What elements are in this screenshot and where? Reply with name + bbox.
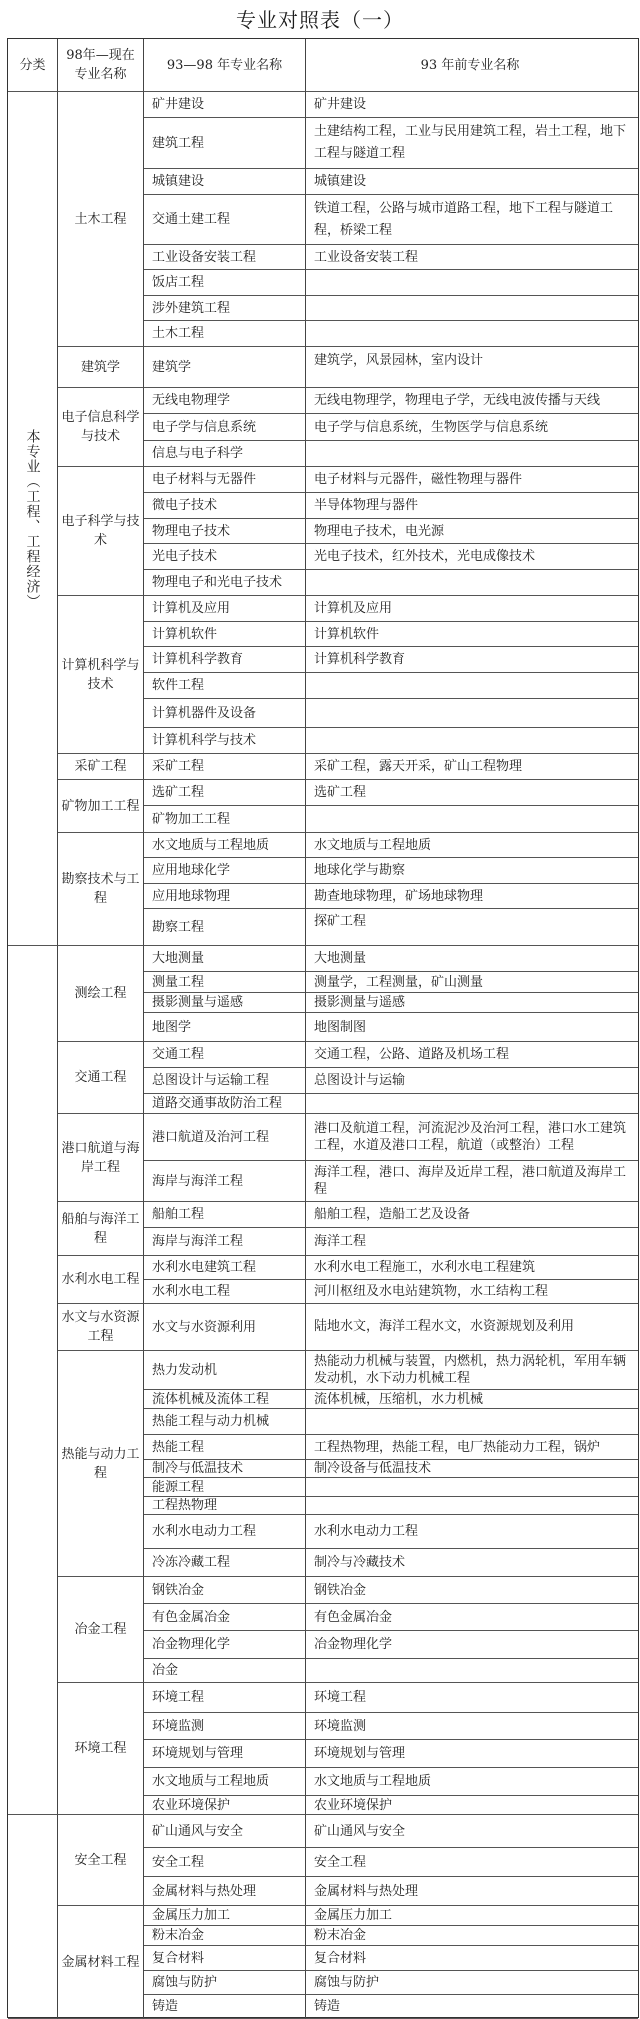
mid-major-cell: 信息与电子科学 xyxy=(144,441,306,467)
mid-major-cell: 摄影测量与遥感 xyxy=(144,993,306,1013)
mid-major-cell: 饭店工程 xyxy=(144,270,306,296)
old-major-cell: 交通工程，公路、道路及机场工程 xyxy=(306,1042,638,1068)
mid-major-cell: 电子材料与无器件 xyxy=(144,467,306,493)
category-cell xyxy=(8,946,58,1815)
mid-major-cell: 海岸与海洋工程 xyxy=(144,1161,306,1202)
old-major-cell: 船舶工程，造船工艺及设备 xyxy=(306,1202,638,1228)
old-major-cell: 腐蚀与防护 xyxy=(306,1971,638,1995)
old-major-cell: 粉末冶金 xyxy=(306,1926,638,1946)
mid-major-cell: 土木工程 xyxy=(144,321,306,347)
mid-major-cell: 船舶工程 xyxy=(144,1202,306,1228)
mid-major-cell: 建筑工程 xyxy=(144,118,306,169)
old-major-cell: 环境监测 xyxy=(306,1713,638,1740)
mid-major-cell: 总图设计与运输工程 xyxy=(144,1068,306,1094)
old-major-cell: 金属材料与热处理 xyxy=(306,1877,638,1906)
mid-major-cell: 涉外建筑工程 xyxy=(144,296,306,321)
mid-major-cell: 环境监测 xyxy=(144,1713,306,1740)
old-major-cell: 农业环境保护 xyxy=(306,1796,638,1815)
mid-major-cell: 大地测量 xyxy=(144,946,306,972)
old-major-cell: 矿井建设 xyxy=(306,92,638,118)
mid-major-cell: 计算机科学与技术 xyxy=(144,728,306,754)
mid-major-cell: 水文与水资源利用 xyxy=(144,1304,306,1351)
old-major-cell: 钢铁冶金 xyxy=(306,1577,638,1604)
current-major-cell: 建筑学 xyxy=(58,347,144,388)
current-major-cell: 电子信息科学与技术 xyxy=(58,388,144,467)
old-major-cell xyxy=(306,1478,638,1497)
old-major-cell: 土建结构工程，工业与民用建筑工程，岩土工程，地下工程与隧道工程 xyxy=(306,118,638,169)
current-major-cell: 电子科学与技术 xyxy=(58,467,144,596)
mid-major-cell: 铸造 xyxy=(144,1995,306,2019)
old-major-cell: 制冷设备与低温技术 xyxy=(306,1460,638,1478)
old-major-cell: 电子学与信息系统，生物医学与信息系统 xyxy=(306,414,638,441)
current-major-cell: 计算机科学与技术 xyxy=(58,596,144,754)
category-cell: 本专业（工程、工程经济） xyxy=(8,92,58,946)
mid-major-cell: 矿井建设 xyxy=(144,92,306,118)
mid-major-cell: 热力发动机 xyxy=(144,1351,306,1390)
mid-major-cell: 制冷与低温技术 xyxy=(144,1460,306,1478)
mid-major-cell: 物理电子和光电子技术 xyxy=(144,570,306,596)
current-major-cell: 环境工程 xyxy=(58,1683,144,1815)
mid-major-cell: 采矿工程 xyxy=(144,754,306,780)
mid-major-cell: 计算机及应用 xyxy=(144,596,306,622)
old-major-cell: 冶金物理化学 xyxy=(306,1631,638,1659)
mid-major-cell: 钢铁冶金 xyxy=(144,1577,306,1604)
old-major-cell: 总图设计与运输 xyxy=(306,1068,638,1094)
mid-major-cell: 工业设备安装工程 xyxy=(144,245,306,270)
old-major-cell: 测量学，工程测量，矿山测量 xyxy=(306,972,638,993)
mid-major-cell: 交通土建工程 xyxy=(144,195,306,245)
old-major-cell xyxy=(306,1497,638,1515)
mid-major-cell: 粉末冶金 xyxy=(144,1926,306,1946)
mid-major-cell: 应用地球化学 xyxy=(144,858,306,884)
current-major-cell: 交通工程 xyxy=(58,1042,144,1114)
mid-major-cell: 电子学与信息系统 xyxy=(144,414,306,441)
mid-major-cell: 港口航道及治河工程 xyxy=(144,1114,306,1161)
mid-major-cell: 流体机械及流体工程 xyxy=(144,1390,306,1409)
mid-major-cell: 水利水电工程 xyxy=(144,1280,306,1304)
mid-major-cell: 光电子技术 xyxy=(144,544,306,570)
mid-major-cell: 复合材料 xyxy=(144,1946,306,1971)
current-major-cell: 矿物加工工程 xyxy=(58,780,144,833)
old-major-cell xyxy=(306,1659,638,1683)
header-93-98-major: 93—98 年专业名称 xyxy=(144,39,306,92)
current-major-cell: 采矿工程 xyxy=(58,754,144,780)
mid-major-cell: 交通工程 xyxy=(144,1042,306,1068)
old-major-cell: 计算机及应用 xyxy=(306,596,638,622)
mid-major-cell: 水利水电建筑工程 xyxy=(144,1256,306,1280)
mid-major-cell: 道路交通事故防治工程 xyxy=(144,1094,306,1114)
old-major-cell xyxy=(306,699,638,728)
old-major-cell: 计算机软件 xyxy=(306,622,638,647)
old-major-cell: 热能动力机械与装置，内燃机，热力涡轮机，军用车辆发动机，水下动力机械工程 xyxy=(306,1351,638,1390)
mid-major-cell: 腐蚀与防护 xyxy=(144,1971,306,1995)
old-major-cell: 电子材料与元器件，磁性物理与器件 xyxy=(306,467,638,493)
old-major-cell: 地图制图 xyxy=(306,1013,638,1042)
mid-major-cell: 微电子技术 xyxy=(144,493,306,519)
old-major-cell: 环境工程 xyxy=(306,1683,638,1713)
mid-major-cell: 城镇建设 xyxy=(144,169,306,195)
old-major-cell xyxy=(306,806,638,833)
old-major-cell: 光电子技术，红外技术，光电成像技术 xyxy=(306,544,638,570)
mid-major-cell: 热能工程 xyxy=(144,1435,306,1460)
mid-major-cell: 安全工程 xyxy=(144,1848,306,1877)
mid-major-cell: 矿山通风与安全 xyxy=(144,1815,306,1848)
header-category: 分类 xyxy=(8,39,58,92)
old-major-cell: 无线电物理学，物理电子学，无线电波传播与天线 xyxy=(306,388,638,414)
old-major-cell: 复合材料 xyxy=(306,1946,638,1971)
mid-major-cell: 选矿工程 xyxy=(144,780,306,806)
mid-major-cell: 水文地质与工程地质 xyxy=(144,833,306,858)
mid-major-cell: 地图学 xyxy=(144,1013,306,1042)
mid-major-cell: 计算机软件 xyxy=(144,622,306,647)
old-major-cell: 水文地质与工程地质 xyxy=(306,833,638,858)
current-major-cell: 安全工程 xyxy=(58,1815,144,1906)
current-major-cell: 热能与动力工程 xyxy=(58,1351,144,1577)
mid-major-cell: 金属压力加工 xyxy=(144,1906,306,1926)
major-comparison-table: 分类 98年—现在专业名称 93—98 年专业名称 93 年前专业名称 本专业（… xyxy=(7,38,639,2018)
current-major-cell: 港口航道与海岸工程 xyxy=(58,1114,144,1202)
old-major-cell: 地球化学与勘察 xyxy=(306,858,638,884)
old-major-cell: 大地测量 xyxy=(306,946,638,972)
header-pre-93-major: 93 年前专业名称 xyxy=(306,39,638,92)
old-major-cell: 采矿工程，露天开采，矿山工程物理 xyxy=(306,754,638,780)
old-major-cell: 探矿工程 xyxy=(306,909,638,946)
old-major-cell: 建筑学，风景园林，室内设计 xyxy=(306,347,638,388)
old-major-cell xyxy=(306,296,638,321)
current-major-cell: 土木工程 xyxy=(58,92,144,347)
mid-major-cell: 计算机科学教育 xyxy=(144,647,306,673)
old-major-cell: 物理电子技术，电光源 xyxy=(306,519,638,544)
current-major-cell: 勘察技术与工程 xyxy=(58,833,144,946)
old-major-cell: 摄影测量与遥感 xyxy=(306,993,638,1013)
old-major-cell: 铁道工程，公路与城市道路工程，地下工程与隧道工程，桥梁工程 xyxy=(306,195,638,245)
old-major-cell xyxy=(306,673,638,699)
old-major-cell xyxy=(306,570,638,596)
category-label: 本专业（工程、工程经济） xyxy=(25,429,41,609)
mid-major-cell: 海岸与海洋工程 xyxy=(144,1228,306,1256)
old-major-cell xyxy=(306,321,638,347)
mid-major-cell: 农业环境保护 xyxy=(144,1796,306,1815)
mid-major-cell: 冷冻冷藏工程 xyxy=(144,1549,306,1577)
old-major-cell: 金属压力加工 xyxy=(306,1906,638,1926)
mid-major-cell: 环境工程 xyxy=(144,1683,306,1713)
old-major-cell xyxy=(306,441,638,467)
current-major-cell: 冶金工程 xyxy=(58,1577,144,1683)
old-major-cell xyxy=(306,728,638,754)
mid-major-cell: 应用地球物理 xyxy=(144,884,306,909)
old-major-cell: 铸造 xyxy=(306,1995,638,2019)
header-current-major: 98年—现在专业名称 xyxy=(58,39,144,92)
old-major-cell: 海洋工程，港口、海岸及近岸工程，港口航道及海岸工程 xyxy=(306,1161,638,1202)
old-major-cell: 水利水电工程施工，水利水电工程建筑 xyxy=(306,1256,638,1280)
mid-major-cell: 水利水电动力工程 xyxy=(144,1515,306,1549)
mid-major-cell: 水文地质与工程地质 xyxy=(144,1768,306,1796)
old-major-cell: 半导体物理与器件 xyxy=(306,493,638,519)
old-major-cell: 工业设备安装工程 xyxy=(306,245,638,270)
old-major-cell: 流体机械，压缩机，水力机械 xyxy=(306,1390,638,1409)
current-major-cell: 水文与水资源工程 xyxy=(58,1304,144,1351)
old-major-cell: 矿山通风与安全 xyxy=(306,1815,638,1848)
old-major-cell: 河川枢纽及水电站建筑物，水工结构工程 xyxy=(306,1280,638,1304)
old-major-cell xyxy=(306,1409,638,1435)
mid-major-cell: 工程热物理 xyxy=(144,1497,306,1515)
mid-major-cell: 测量工程 xyxy=(144,972,306,993)
old-major-cell: 制冷与冷藏技术 xyxy=(306,1549,638,1577)
old-major-cell: 城镇建设 xyxy=(306,169,638,195)
current-major-cell: 金属材料工程 xyxy=(58,1906,144,2019)
mid-major-cell: 软件工程 xyxy=(144,673,306,699)
old-major-cell: 安全工程 xyxy=(306,1848,638,1877)
mid-major-cell: 勘察工程 xyxy=(144,909,306,946)
old-major-cell: 水利水电动力工程 xyxy=(306,1515,638,1549)
mid-major-cell: 无线电物理学 xyxy=(144,388,306,414)
old-major-cell: 工程热物理，热能工程，电厂热能动力工程，锅炉 xyxy=(306,1435,638,1460)
old-major-cell: 有色金属冶金 xyxy=(306,1604,638,1631)
mid-major-cell: 能源工程 xyxy=(144,1478,306,1497)
current-major-cell: 船舶与海洋工程 xyxy=(58,1202,144,1256)
old-major-cell xyxy=(306,1094,638,1114)
old-major-cell: 勘查地球物理，矿场地球物理 xyxy=(306,884,638,909)
mid-major-cell: 有色金属冶金 xyxy=(144,1604,306,1631)
page-title: 专业对照表（一） xyxy=(0,4,640,33)
old-major-cell: 选矿工程 xyxy=(306,780,638,806)
old-major-cell: 环境规划与管理 xyxy=(306,1740,638,1768)
old-major-cell xyxy=(306,270,638,296)
old-major-cell: 陆地水文，海洋工程水文，水资源规划及利用 xyxy=(306,1304,638,1351)
mid-major-cell: 计算机器件及设备 xyxy=(144,699,306,728)
old-major-cell: 计算机科学教育 xyxy=(306,647,638,673)
current-major-cell: 测绘工程 xyxy=(58,946,144,1042)
mid-major-cell: 建筑学 xyxy=(144,347,306,388)
category-cell xyxy=(8,1815,58,2019)
mid-major-cell: 冶金物理化学 xyxy=(144,1631,306,1659)
mid-major-cell: 物理电子技术 xyxy=(144,519,306,544)
old-major-cell: 海洋工程 xyxy=(306,1228,638,1256)
mid-major-cell: 金属材料与热处理 xyxy=(144,1877,306,1906)
old-major-cell: 水文地质与工程地质 xyxy=(306,1768,638,1796)
old-major-cell: 港口及航道工程，河流泥沙及治河工程，港口水工建筑工程，水道及港口工程，航道（或整… xyxy=(306,1114,638,1161)
mid-major-cell: 环境规划与管理 xyxy=(144,1740,306,1768)
mid-major-cell: 热能工程与动力机械 xyxy=(144,1409,306,1435)
mid-major-cell: 冶金 xyxy=(144,1659,306,1683)
mid-major-cell: 矿物加工工程 xyxy=(144,806,306,833)
current-major-cell: 水利水电工程 xyxy=(58,1256,144,1304)
